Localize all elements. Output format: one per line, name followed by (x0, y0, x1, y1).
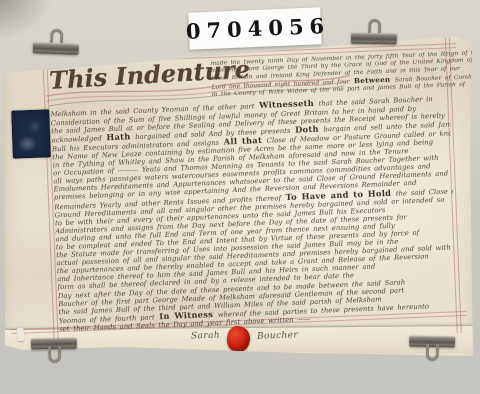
paper-tab (17, 328, 25, 341)
manuscript-text: This Indenture made the twenty ninth Day… (49, 48, 458, 333)
parchment-document: This Indenture made the twenty ninth Day… (0, 0, 480, 394)
clip-bar-icon (351, 33, 397, 45)
signature-first-name: Sarah (191, 330, 220, 341)
clip-handle-icon (425, 344, 438, 361)
blue-duty-stamp (11, 109, 51, 158)
manuscript-area: This Indenture made the twenty ninth Day… (0, 43, 473, 347)
binder-clip-top-left (33, 28, 80, 55)
body-lines: Melksham in the said County Yeoman of th… (50, 94, 458, 333)
binder-clip-bottom-right (409, 336, 455, 362)
clip-bar-icon (33, 42, 79, 55)
clip-handle-icon (47, 346, 60, 363)
binder-clip-top-right (351, 19, 397, 45)
binder-clip-bottom-left (31, 338, 77, 364)
red-wax-seal (227, 326, 250, 352)
photo-of-indenture: This Indenture made the twenty ninth Day… (0, 0, 480, 394)
document-heading: This Indenture (48, 57, 211, 96)
gothic-keyword: Between (353, 75, 392, 86)
catalog-number-label: 0704056 (188, 7, 321, 49)
catalog-number: 0704056 (179, 13, 330, 44)
signature-surname: Boucher (257, 330, 298, 341)
